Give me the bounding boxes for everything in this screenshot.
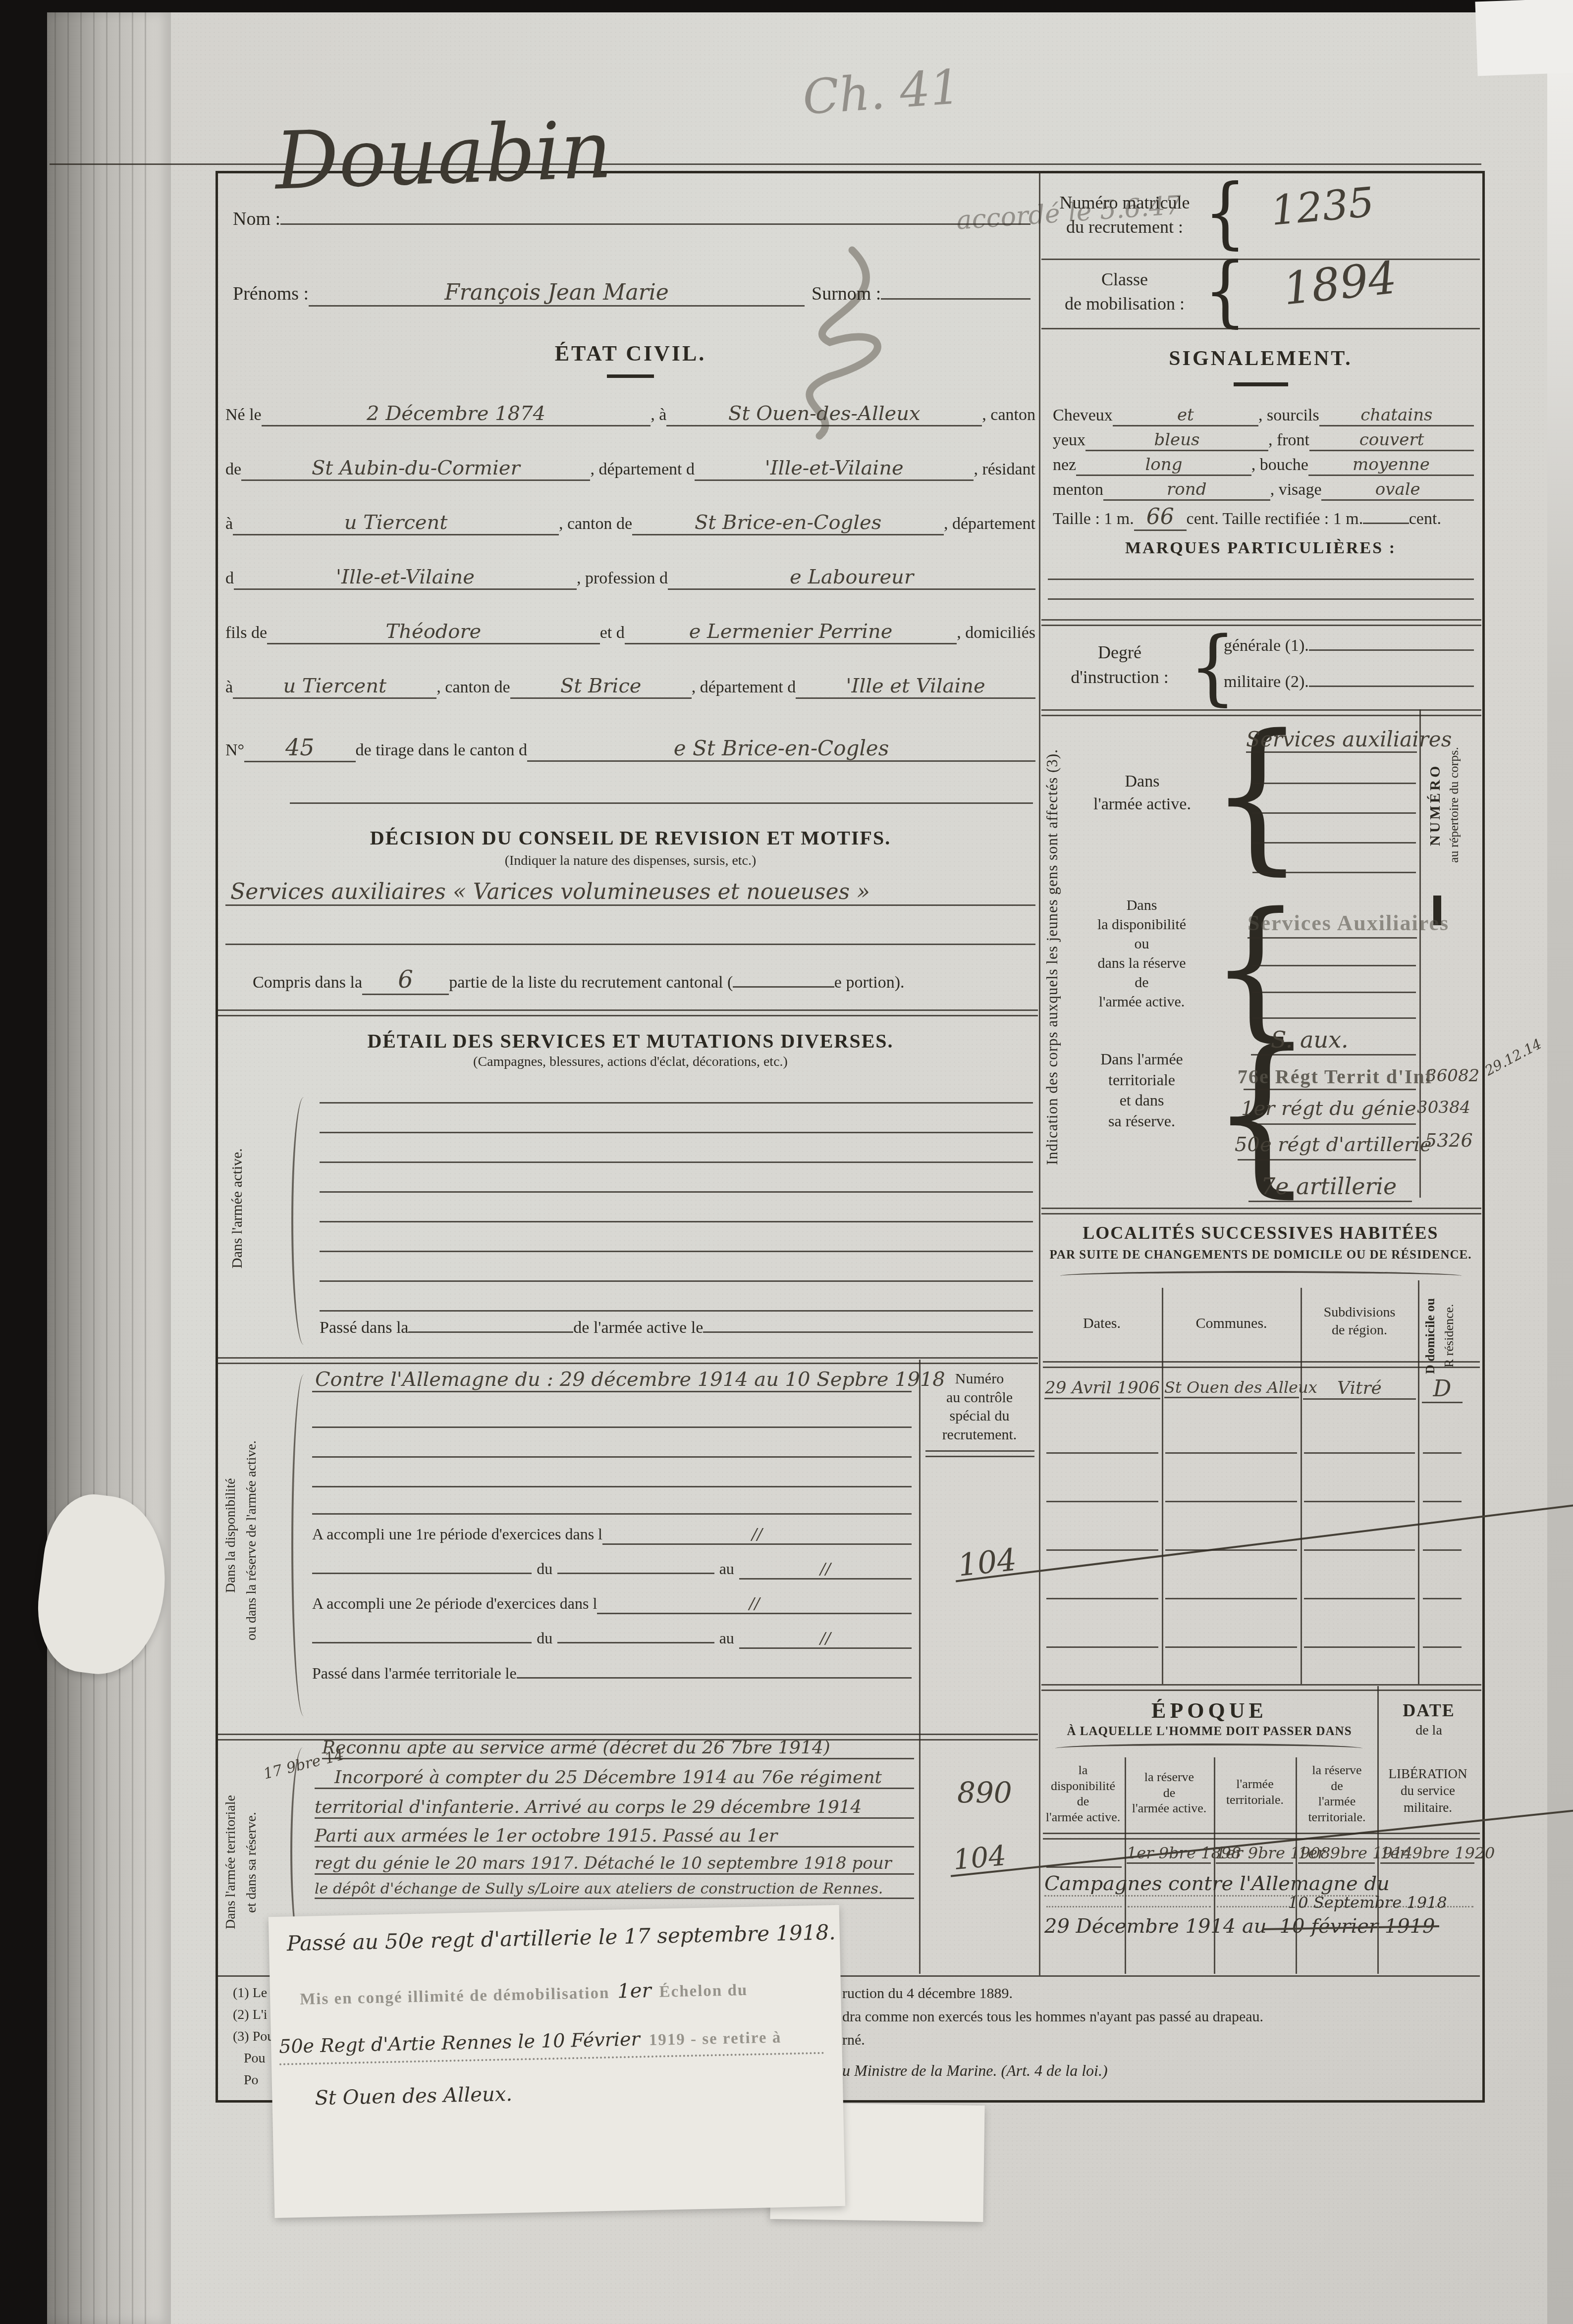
localites-header-rule	[1043, 1361, 1480, 1368]
blank-line	[1252, 965, 1416, 966]
localites-col-communes: Communes.	[1163, 1315, 1300, 1332]
localites-col-dr-2: R résidence.	[1442, 1284, 1458, 1388]
decision-subtitle: (Indiquer la nature des dispenses, sursi…	[225, 853, 1035, 869]
table-line	[1304, 1646, 1415, 1648]
father-name: Théodore	[267, 620, 600, 644]
taille-row: Taille : 1 m. 66 cent. Taille rectifiée …	[1053, 504, 1474, 530]
matricule-value: 1235	[1269, 179, 1376, 235]
portion-line	[733, 986, 834, 988]
yeux-row: yeux bleus , front couvert	[1053, 430, 1474, 455]
dotted-line	[1046, 1906, 1122, 1907]
corps-terr-genie: 1er régt du génie	[1241, 1097, 1416, 1120]
footnote-right-3: rné.	[842, 2032, 865, 2049]
epoque-flourish	[1055, 1743, 1362, 1753]
label-passe-territoriale: Passé dans l'armée territoriale le	[312, 1664, 517, 1683]
label-periode2: A accompli une 2e période d'exercices da…	[312, 1594, 597, 1613]
epoque-title: ÉPOQUE	[1041, 1698, 1377, 1723]
cheveux-row: Cheveux et , sourcils chatains	[1053, 405, 1474, 430]
table-line	[1423, 1501, 1462, 1502]
hist-depot-sully: le dépôt d'échange de Sully s/Loire aux …	[315, 1880, 914, 1899]
footnote-left-4: Pou	[244, 2051, 266, 2066]
localites-col-dates: Dates.	[1043, 1315, 1161, 1332]
parents-canton: St Brice	[510, 675, 692, 699]
decision-title: DÉCISION DU CONSEIL DE REVISION ET MOTIF…	[225, 826, 1035, 849]
blank-line	[312, 1486, 912, 1487]
localites-row1-commune: St Ouen des Alleux	[1164, 1378, 1299, 1404]
corps-terr-stamp-76: 76e Régt Territ d'Inf	[1238, 1065, 1433, 1088]
numero-controle-rule	[925, 1450, 1034, 1457]
marques-label: MARQUES PARTICULIÈRES :	[1041, 539, 1480, 558]
etat-civil-flourish	[607, 374, 654, 378]
sourcils-value: chatains	[1319, 405, 1474, 426]
table-line	[1046, 1549, 1158, 1551]
hist-arrive-corps: territorial d'infanterie. Arrivé au corp…	[315, 1797, 914, 1819]
history-line-5: regt du génie le 20 mars 1917. Détaché l…	[315, 1853, 914, 1878]
blank-line	[1252, 872, 1416, 873]
matricule-label: Numéro matricule du recrutement :	[1048, 191, 1201, 239]
classe-label: Classe de mobilisation :	[1048, 267, 1201, 316]
instruction-generale-row: générale (1).	[1224, 636, 1474, 661]
blank	[1309, 686, 1474, 687]
residence-dr-value: D	[1422, 1375, 1463, 1403]
detail-title: DÉTAIL DES SERVICES ET MUTATIONS DIVERSE…	[225, 1029, 1035, 1053]
label-armee-active-le: de l'armée active le	[573, 1319, 703, 1337]
tick-mark: //	[739, 1629, 912, 1649]
cheveux-value: et	[1113, 405, 1258, 426]
tick-mark: //	[602, 1525, 912, 1545]
epoque-val5-row: 1er 9bre 1920	[1380, 1844, 1474, 1868]
slip-echelon-number: 1er	[609, 1979, 659, 2003]
service-line	[320, 1132, 1033, 1133]
section-divider	[218, 1009, 1038, 1016]
hist-incorpore: Incorporé à compter du 25 Décembre 1914 …	[315, 1767, 914, 1789]
numero-repertoire-label-1: NUMÉRO	[1427, 723, 1446, 887]
birth-place: St Ouen-des-Alleux	[666, 402, 982, 426]
passe-territoriale-row: Passé dans l'armée territoriale le	[312, 1664, 912, 1692]
label-cent: cent.	[1409, 510, 1441, 528]
nez-value: long	[1076, 455, 1251, 476]
stamp-underline	[1244, 1089, 1416, 1090]
nom-row: Nom :	[233, 208, 1031, 238]
label-front: , front	[1268, 431, 1309, 450]
label-departement: , département d	[590, 460, 695, 479]
table-line	[1165, 1598, 1297, 1599]
top-right-page-corner	[1475, 0, 1573, 76]
name-script: Douabin	[273, 103, 613, 208]
epoque-col2-header: la réserve de l'armée active.	[1127, 1769, 1212, 1816]
instruction-militaire-row: militaire (2).	[1224, 673, 1474, 697]
residence-subdivision-value: Vitré	[1303, 1378, 1416, 1400]
residence-canton: St Brice-en-Cogles	[632, 511, 944, 535]
signalement-flourish	[1234, 382, 1288, 386]
label-domicilies: , domiciliés	[957, 624, 1035, 642]
slip-line-2: Mis en congé illimité de démobilisation …	[300, 1976, 820, 2011]
service-line	[320, 1191, 1033, 1193]
table-line	[1165, 1646, 1297, 1648]
dotted-line	[1128, 1906, 1211, 1907]
label-menton: menton	[1053, 480, 1103, 499]
blank	[408, 1331, 573, 1333]
blank-line	[1252, 992, 1416, 993]
label-yeux: yeux	[1053, 431, 1085, 450]
passe-active-row: Passé dans la de l'armée active le	[320, 1319, 1033, 1346]
label-au: au	[714, 1629, 739, 1647]
label-d: d	[225, 569, 234, 588]
corps-terr-label: Dans l'armée territoriale et dans sa rés…	[1071, 1049, 1212, 1131]
label-et-de: et d	[600, 624, 625, 642]
section-divider	[218, 1357, 1038, 1364]
mother-name: e Lermenier Perrine	[625, 620, 957, 644]
table-line	[1423, 1452, 1462, 1454]
slip-line-3: 50e Regt d'Artie Rennes le 10 Février 19…	[279, 2024, 824, 2065]
corps-terr-artillerie7: 7e artillerie	[1261, 1173, 1397, 1200]
label-a2: à	[225, 515, 233, 533]
label-profession: , profession d	[577, 569, 668, 588]
localites-row1-subdivision: Vitré	[1303, 1378, 1416, 1404]
slip-stamp-echelon: Échelon du	[659, 1981, 748, 2002]
residence-departement: 'Ille-et-Vilaine	[234, 566, 577, 590]
blank-line	[312, 1426, 912, 1428]
residence-commune: u Tiercent	[233, 511, 559, 535]
tick-mark: //	[597, 1594, 912, 1614]
prenoms-value: François Jean Marie	[309, 280, 805, 307]
epoque-date-title: DATE	[1379, 1700, 1478, 1721]
localites-flourish	[1060, 1271, 1462, 1281]
compris-row: Compris dans la 6 partie de la liste du …	[253, 966, 1006, 996]
table-line	[1423, 1646, 1462, 1648]
blank-line	[225, 944, 1035, 945]
label-departement2: , département	[944, 515, 1035, 533]
table-line	[1304, 1598, 1415, 1599]
side-label-dispo-1: Dans la disponibilité	[223, 1387, 243, 1684]
blank-line	[1252, 783, 1416, 784]
label-numero: N°	[225, 741, 244, 760]
surnom-label: Surnom :	[805, 283, 881, 305]
localites-row1-date: 29 Avril 1906	[1044, 1378, 1160, 1404]
blank-line	[1251, 1054, 1416, 1056]
service-line	[320, 1310, 1033, 1312]
blank-line	[1241, 1123, 1416, 1125]
tirage-number: 45	[244, 734, 355, 762]
label-cheveux: Cheveux	[1053, 406, 1113, 425]
epoque-header-rule	[1043, 1833, 1480, 1840]
localites-row1-dr: D	[1422, 1375, 1463, 1404]
right-page-edge	[1547, 0, 1573, 2324]
residence-commune-value: St Ouen des Alleux	[1164, 1378, 1299, 1398]
divider	[1041, 1208, 1481, 1215]
matricule-brace: {	[1204, 174, 1247, 251]
bouche-value: moyenne	[1308, 455, 1474, 476]
etat-civil-line6: à u Tiercent , canton de St Brice , dépa…	[225, 675, 1035, 702]
margin-number-1: 36082	[1426, 1066, 1479, 1086]
localites-col-dr-1: D domicile ou	[1423, 1284, 1441, 1388]
etat-civil-line2: de St Aubin-du-Cormier , département d '…	[225, 457, 1035, 484]
profession-value: e Laboureur	[668, 566, 1035, 590]
epoque-val4-row: 1er 9bre 1914	[1298, 1844, 1375, 1868]
campagnes-row-2: 29 Décembre 1914 au 10 février 1919	[1044, 1915, 1461, 1944]
table-line	[1304, 1549, 1415, 1551]
label-visage: , visage	[1270, 480, 1322, 499]
epoque-val1-line	[1046, 1866, 1122, 1868]
label-militaire: militaire (2).	[1224, 673, 1309, 691]
blank	[517, 1677, 912, 1679]
service-line	[320, 1162, 1033, 1163]
label-canton: , canton	[982, 406, 1035, 424]
label-bouche: , bouche	[1251, 456, 1308, 475]
side-label-dispo-2: ou dans la réserve de l'armée active.	[244, 1377, 264, 1704]
blank-line	[1252, 812, 1416, 814]
epoque-col4-header: la réserve de l'armée territoriale.	[1298, 1762, 1376, 1825]
label-nez: nez	[1053, 456, 1076, 475]
history-line-6: le dépôt d'échange de Sully s/Loire aux …	[315, 1880, 914, 1903]
divider	[1041, 619, 1481, 626]
hist-parti-armees: Parti aux armées le 1er octobre 1915. Pa…	[315, 1826, 914, 1848]
numero-controle-header: Numéro au contrôle spécial du recrutemen…	[922, 1370, 1036, 1444]
nez-row: nez long , bouche moyenne	[1053, 455, 1474, 479]
tirage-canton: e St Brice-en-Cogles	[527, 736, 1035, 762]
hist-genie-detache: regt du génie le 20 mars 1917. Détaché l…	[315, 1853, 914, 1875]
slip-stamp-retire: 1919 - se retire à	[640, 2029, 781, 2050]
footnote-right-2: dra comme non exercés tous les hommes n'…	[842, 2008, 1263, 2025]
corps-active-row: Services auxiliaires	[1246, 727, 1417, 755]
etat-civil-title: ÉTAT CIVIL.	[225, 341, 1035, 366]
nom-label: Nom :	[233, 208, 280, 230]
dotted-line	[1217, 1906, 1293, 1907]
campagne-row: Contre l'Allemagne du : 29 décembre 1914…	[312, 1368, 912, 1399]
table-line	[1423, 1549, 1462, 1551]
epoque-subtitle: À LAQUELLE L'HOMME DOIT PASSER DANS	[1041, 1725, 1377, 1739]
footnote-left-3: (3) Pou	[233, 2029, 274, 2045]
classe-rule	[1041, 328, 1480, 329]
service-line	[320, 1251, 1033, 1252]
epoque-reserve-active-date: 1er 9bre 1898	[1127, 1844, 1211, 1864]
table-line	[1046, 1646, 1158, 1648]
corps-terr-artillerie50: 50e régt d'artillerie	[1235, 1133, 1432, 1156]
epoque-col3-header: l'armée territoriale.	[1216, 1776, 1294, 1807]
campagnes-line-2: 29 Décembre 1914 au	[1044, 1915, 1267, 1938]
paper-slip-demobilisation: Passé au 50e regt d'artillerie le 17 sep…	[269, 1905, 845, 2218]
divider	[1041, 1684, 1481, 1691]
stamp-underline	[1248, 937, 1417, 939]
label-tirage: de tirage dans le canton d	[356, 741, 527, 760]
numero-controle-bottom-value: 890	[957, 1776, 1012, 1809]
epoque-col1-header: la disponibilité de l'armée active.	[1043, 1762, 1123, 1825]
parents-departement: 'Ille et Vilaine	[796, 675, 1035, 699]
front-value: couvert	[1309, 430, 1474, 451]
footnote-left-2: (2) L'i	[233, 2007, 268, 2023]
nom-line	[280, 223, 1031, 225]
table-line	[1423, 1598, 1462, 1599]
table-line	[1165, 1501, 1297, 1502]
localites-col-rule-2	[1301, 1288, 1302, 1684]
section1-bracket	[291, 1097, 316, 1345]
periode1-row: A accompli une 1re période d'exercices d…	[312, 1525, 912, 1552]
decision-row: Services auxiliaires « Varices volumineu…	[225, 879, 1035, 912]
periode1-dates-row: du au //	[312, 1559, 912, 1587]
localites-title: LOCALITÉS SUCCESSIVES HABITÉES	[1041, 1222, 1480, 1243]
hist-reconnu-apte: Reconnu apte au service armé (décret du …	[322, 1738, 914, 1759]
blank	[1363, 523, 1409, 524]
corps-active-value: Services auxiliaires	[1246, 727, 1417, 753]
corps-dispo-stamp: Services Auxiliaires	[1248, 910, 1449, 936]
numero-repertoire-label-2: au répertoire du corps.	[1447, 723, 1463, 887]
label-generale: générale (1).	[1224, 636, 1309, 655]
side-label-armee-active: Dans l'armée active.	[229, 1090, 252, 1327]
footnote-right-1: ruction du 4 décembre 1889.	[842, 1985, 1013, 2002]
birth-departement: 'Ille-et-Vilaine	[695, 457, 974, 481]
campagnes-struck-date: 10 février 1919	[1267, 1915, 1435, 1938]
birth-date: 2 Décembre 1874	[262, 402, 651, 426]
corps-terr-saux: S. aux.	[1271, 1026, 1349, 1053]
side-label-terr-1: Dans l'armée territoriale	[223, 1763, 243, 1961]
localites-col-rule-1	[1162, 1288, 1163, 1684]
epoque-col5-header: LIBÉRATION du service militaire.	[1380, 1766, 1475, 1816]
label-fils-de: fils de	[225, 624, 267, 642]
scanned-military-register-page: Ch. 41 accordé le 5.6.47 Douabin Nom : P…	[0, 0, 1573, 2324]
blank-line	[312, 1456, 912, 1458]
page-edge-lines	[54, 12, 154, 2324]
margin-number-2: 30384	[1417, 1098, 1470, 1117]
slip-line-1: Passé au 50e regt d'artillerie le 17 sep…	[286, 1920, 836, 1955]
blank	[557, 1573, 714, 1574]
localites-subtitle: PAR SUITE DE CHANGEMENTS DE DOMICILE OU …	[1041, 1248, 1480, 1262]
epoque-reserve-territoriale-date: 1er 9bre 1914	[1298, 1844, 1375, 1864]
periode2-row: A accompli une 2e période d'exercices da…	[312, 1594, 912, 1622]
table-line	[1046, 1501, 1158, 1502]
label-canton-de: , canton de	[559, 515, 632, 533]
service-line	[320, 1280, 1033, 1282]
blank	[557, 1642, 714, 1643]
residence-date: 29 Avril 1906	[1044, 1378, 1160, 1399]
epoque-val3-row: 1er 9bre 1908	[1216, 1844, 1293, 1868]
blank-line	[1238, 1159, 1416, 1161]
epoque-date-title2: de la	[1379, 1723, 1478, 1739]
label-partie: partie de la liste du recrutement canton…	[449, 973, 733, 992]
decision-value: Services auxiliaires « Varices volumineu…	[225, 879, 1035, 906]
label-a3: à	[225, 678, 233, 697]
label-de: de	[225, 460, 241, 479]
service-line	[320, 1221, 1033, 1222]
label-ne-le: Né le	[225, 406, 262, 424]
label-departement3: , département d	[692, 678, 796, 697]
campagnes-insert-date: 10 Septembre 1918	[1288, 1893, 1442, 1912]
yeux-value: bleus	[1085, 430, 1268, 451]
table-line	[1046, 1452, 1158, 1454]
liberation-date: 1er 9bre 1920	[1380, 1844, 1474, 1864]
tirage-row: N° 45 de tirage dans le canton d e St Br…	[225, 734, 1035, 764]
detail-subtitle: (Campagnes, blessures, actions d'éclat, …	[225, 1054, 1035, 1070]
visage-value: ovale	[1321, 479, 1474, 501]
label-du: du	[532, 1560, 557, 1578]
prenoms-label: Prénoms :	[233, 283, 309, 305]
label-compris: Compris dans la	[253, 973, 362, 992]
label-taille: Taille : 1 m.	[1053, 510, 1134, 528]
slip-regiment-date: 50e Regt d'Artie Rennes le 10 Février	[279, 2028, 640, 2057]
label-du: du	[532, 1629, 557, 1647]
etat-civil-line4: d 'Ille-et-Vilaine , profession d e Labo…	[225, 566, 1035, 593]
taille-value: 66	[1134, 504, 1187, 531]
localites-col-rule-3	[1418, 1280, 1419, 1684]
corps-active-label: Dans l'armée active.	[1074, 770, 1210, 816]
numero-repertoire-divider	[1419, 709, 1421, 1198]
history-line-2: Incorporé à compter du 25 Décembre 1914 …	[315, 1767, 914, 1793]
table-line	[1046, 1598, 1158, 1599]
menton-row: menton rond , visage ovale	[1053, 479, 1474, 504]
table-line	[1165, 1549, 1297, 1551]
liste-partie-value: 6	[362, 966, 449, 995]
matricule-rule	[1041, 259, 1480, 260]
center-divider	[1039, 171, 1040, 1975]
birth-canton: St Aubin-du-Cormier	[241, 457, 590, 481]
etat-civil-line1: Né le 2 Décembre 1874 , à St Ouen-des-Al…	[225, 402, 1035, 430]
blank	[312, 1642, 532, 1643]
blank-line	[1048, 598, 1474, 600]
label-passe-dans-la: Passé dans la	[320, 1319, 408, 1337]
side-label-indication-corps: Indication des corps auxquels les jeunes…	[1043, 718, 1069, 1196]
periode2-dates-row: du au //	[312, 1629, 912, 1656]
blank-line	[1252, 842, 1416, 844]
classe-brace: {	[1204, 253, 1247, 329]
blank-line	[1048, 579, 1474, 580]
margin-number-3: 5326	[1425, 1129, 1473, 1151]
blank-line	[1248, 1201, 1412, 1202]
history-line-3: territorial d'infanterie. Arrivé au corp…	[315, 1797, 914, 1823]
label-sourcils: , sourcils	[1258, 406, 1319, 425]
corps-dispo-label: Dans la disponibilité ou dans la réserve…	[1071, 896, 1212, 1011]
table-line	[1165, 1452, 1297, 1454]
blank-line	[312, 1513, 912, 1515]
top-rule	[50, 163, 1481, 165]
table-line	[1304, 1452, 1415, 1454]
label-canton-de2: , canton de	[436, 678, 510, 697]
prenoms-row: Prénoms : François Jean Marie Surnom :	[233, 280, 1031, 310]
slip-stamp-conge: Mis en congé illimité de démobilisation	[300, 1984, 610, 2009]
label-portion: e portion).	[834, 973, 905, 992]
etat-civil-line3: à u Tiercent , canton de St Brice-en-Cog…	[225, 511, 1035, 539]
signalement-title: SIGNALEMENT.	[1041, 347, 1480, 370]
footnote-left-5: Po	[244, 2072, 259, 2088]
label-au: au	[714, 1560, 739, 1578]
label-taille-rectifiee: cent. Taille rectifiée : 1 m.	[1187, 510, 1363, 528]
label-residant: , résidant	[974, 460, 1035, 479]
footnote-right-4: u Ministre de la Marine. (Art. 4 de la l…	[842, 2061, 1108, 2080]
side-label-terr-2: et dans sa réserve.	[244, 1768, 264, 1956]
history-line-1: Reconnu apte au service armé (décret du …	[322, 1738, 914, 1763]
footnote-left-1: (1) Le	[233, 1985, 267, 2001]
blank	[312, 1573, 532, 1574]
service-line	[320, 1102, 1033, 1104]
label-periode1: A accompli une 1re période d'exercices d…	[312, 1525, 602, 1543]
etat-civil-line5: fils de Théodore et d e Lermenier Perrin…	[225, 620, 1035, 648]
numero-controle-divider	[919, 1360, 921, 1974]
surnom-line	[881, 298, 1031, 300]
blank-line	[290, 802, 1033, 804]
localites-col-subdivisions: Subdivisions de région.	[1302, 1304, 1417, 1340]
parents-commune: u Tiercent	[233, 675, 436, 699]
slip-line-4: St Ouen des Alleux.	[315, 2083, 512, 2110]
history-line-4: Parti aux armées le 1er octobre 1915. Pa…	[315, 1826, 914, 1851]
table-line	[1304, 1501, 1415, 1502]
blank	[703, 1331, 1033, 1333]
label-a: , à	[651, 406, 666, 424]
tick-mark: //	[739, 1559, 912, 1580]
pencil-class-note: Ch. 41	[801, 59, 962, 125]
instruction-label: Degré d'instruction :	[1053, 640, 1187, 690]
menton-value: rond	[1103, 479, 1270, 501]
epoque-territoriale-date: 1er 9bre 1908	[1216, 1844, 1293, 1864]
campagne-allemagne-value: Contre l'Allemagne du : 29 décembre 1914…	[312, 1368, 912, 1392]
blank	[1309, 649, 1474, 651]
